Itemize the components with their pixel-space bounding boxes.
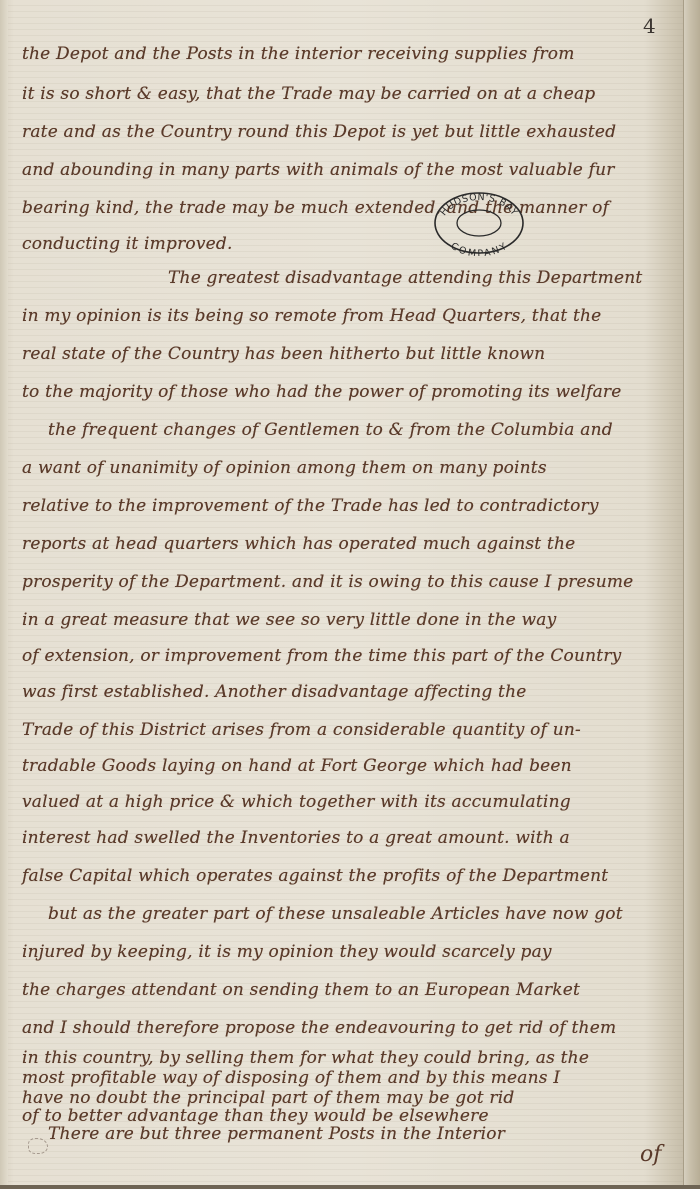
text-line: in my opinion is its being so remote fro… [22, 306, 682, 326]
text-line: interest had swelled the Inventories to … [22, 828, 682, 848]
svg-text:HUDSON'S BAY: HUDSON'S BAY [438, 192, 520, 218]
text-line: reports at head quarters which has opera… [22, 534, 682, 554]
catchword: of [640, 1142, 661, 1167]
text-line: prosperity of the Department. and it is … [22, 572, 682, 592]
text-line: the charges attendant on sending them to… [22, 980, 682, 1000]
text-line: most profitable way of disposing of them… [22, 1068, 682, 1088]
text-line: of to better advantage than they would b… [22, 1106, 682, 1126]
text-line: rate and as the Country round this Depot… [22, 122, 682, 142]
text-line: the frequent changes of Gentlemen to & f… [48, 420, 700, 440]
text-line: real state of the Country has been hithe… [22, 344, 682, 364]
paragraph-start-line: There are but three permanent Posts in t… [48, 1124, 700, 1144]
text-line: it is so short & easy, that the Trade ma… [22, 84, 682, 104]
text-line: the Depot and the Posts in the interior … [22, 44, 682, 64]
text-line: tradable Goods laying on hand at Fort Ge… [22, 756, 682, 776]
manuscript-page: 4 the Depot and the Posts in the interio… [0, 0, 700, 1189]
text-line: was first established. Another disadvant… [22, 682, 682, 702]
text-line: to the majority of those who had the pow… [22, 382, 682, 402]
stamp-bottom-text: COMPANY [449, 241, 510, 256]
page-left-edge [0, 0, 8, 1189]
text-line: a want of unanimity of opinion among the… [22, 458, 682, 478]
paragraph-start-line: The greatest disadvantage attending this… [168, 268, 678, 288]
text-line: in this country, by selling them for wha… [22, 1048, 682, 1068]
text-line: valued at a high price & which together … [22, 792, 682, 812]
page-bottom-edge [0, 1185, 700, 1189]
text-line: Trade of this District arises from a con… [22, 720, 682, 740]
text-line: bearing kind, the trade may be much exte… [22, 198, 682, 218]
hudsons-bay-company-stamp: HUDSON'S BAY COMPANY [432, 190, 526, 256]
page-number: 4 [643, 14, 656, 38]
text-line: false Capital which operates against the… [22, 866, 682, 886]
text-line: have no doubt the principal part of them… [22, 1088, 682, 1108]
text-line: and abounding in many parts with animals… [22, 160, 682, 180]
text-line: in a great measure that we see so very l… [22, 610, 682, 630]
text-line: injured by keeping, it is my opinion the… [22, 942, 682, 962]
text-line: relative to the improvement of the Trade… [22, 496, 682, 516]
stamp-top-text: HUDSON'S BAY [438, 192, 520, 218]
book-binding-edge [683, 0, 700, 1189]
text-line: and I should therefore propose the endea… [22, 1018, 682, 1038]
ink-blot-mark [28, 1138, 48, 1154]
text-line: but as the greater part of these unsalea… [48, 904, 700, 924]
text-line: conducting it improved. [22, 234, 682, 254]
svg-text:COMPANY: COMPANY [449, 241, 510, 256]
text-line: of extension, or improvement from the ti… [22, 646, 682, 666]
